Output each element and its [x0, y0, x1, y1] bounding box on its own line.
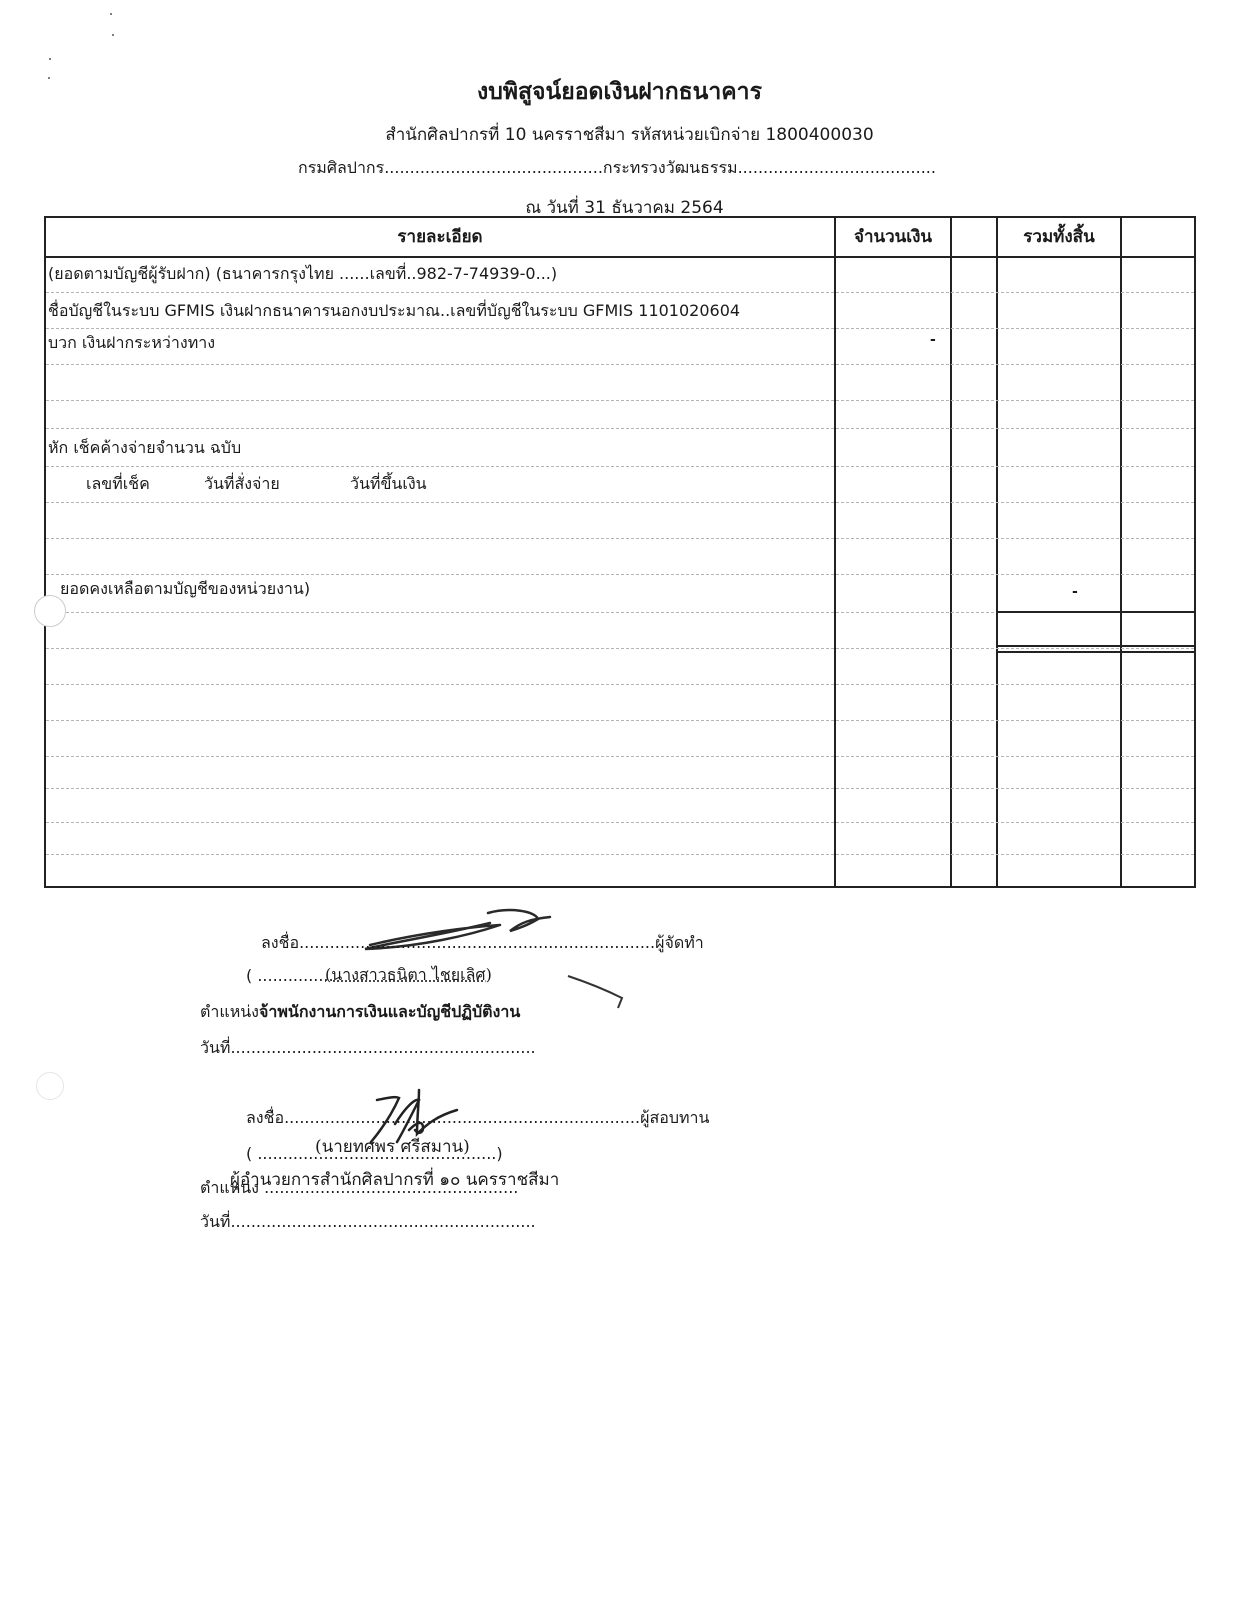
reconciliation-table: รายละเอียด จำนวนเงิน รวมทั้งสิ้น (ยอดตาม…: [44, 216, 1196, 888]
row-line: [46, 292, 1194, 293]
row-line: [46, 788, 1194, 789]
scan-speck: [49, 58, 51, 60]
row-line: [46, 720, 1194, 721]
row-line: [46, 502, 1194, 503]
punch-hole: [36, 1072, 64, 1100]
col-divider: [950, 218, 952, 886]
row-line: [46, 400, 1194, 401]
row-add-deposit-in-transit: บวก เงินฝากระหว่างทาง: [48, 331, 215, 356]
preparer-name: (นางสาวธนิตา ไชยเลิศ): [325, 963, 492, 988]
reviewer-sign-line: ลงชื่อ..................................…: [246, 1106, 709, 1131]
reviewer-position: ผู้อำนวยการสำนักศิลปากรที่ ๑๐ นครราชสีมา: [230, 1166, 559, 1193]
cheque-clear-date-label: วันที่ขึ้นเงิน: [350, 472, 427, 497]
preparer-date-line: วันที่..................................…: [200, 1036, 536, 1061]
header-details: รายละเอียด: [46, 218, 834, 256]
total-double-underline: [996, 645, 1196, 653]
total-box-top: [996, 611, 1196, 613]
scan-speck: [110, 13, 112, 15]
reviewer-name: (นายทศพร ศรีสมาน): [315, 1133, 470, 1160]
scan-speck: [112, 34, 114, 36]
col-divider: [1120, 218, 1122, 886]
row-line: [46, 428, 1194, 429]
cheque-issue-date-label: วันที่สั่งจ่าย: [204, 472, 280, 497]
punch-hole: [34, 595, 66, 627]
row-line: [46, 574, 1194, 575]
header-total: รวมทั้งสิ้น: [998, 218, 1120, 256]
row-line: [46, 328, 1194, 329]
reviewer-date-line: วันที่..................................…: [200, 1210, 536, 1235]
cheque-number-label: เลขที่เช็ค: [86, 472, 150, 497]
row-line: [46, 364, 1194, 365]
header-divider: [46, 256, 1194, 258]
unit-balance-total-value: -: [1072, 584, 1078, 600]
preparer-position: จ้าพนักงานการเงินและบัญชีปฏิบัติงาน: [259, 1002, 520, 1021]
col-divider: [834, 218, 836, 886]
row-bank-balance: (ยอดตามบัญชีผู้รับฝาก) (ธนาคารกรุงไทย ..…: [48, 262, 557, 287]
department-line: กรมศิลปากร..............................…: [298, 156, 936, 181]
row-line: [46, 854, 1194, 855]
row-unit-balance: ยอดคงเหลือตามบัญชีของหน่วยงาน): [60, 577, 310, 602]
header-amount: จำนวนเงิน: [836, 218, 950, 256]
row-line: [46, 756, 1194, 757]
document-title: งบพิสูจน์ยอดเงินฝากธนาคาร: [0, 74, 1239, 110]
pen-stroke-icon: [566, 972, 626, 1012]
col-divider: [996, 218, 998, 886]
preparer-sign-line: ลงชื่อ..................................…: [261, 931, 704, 956]
row-line: [46, 538, 1194, 539]
preparer-name-prefix: ( ...............: [246, 966, 334, 985]
position-prefix: ตำแหน่ง: [200, 1002, 259, 1021]
row-gfmis-account: ชื่อบัญชีในระบบ GFMIS เงินฝากธนาคารนอกงบ…: [48, 299, 740, 324]
row-line: [46, 684, 1194, 685]
row-less-outstanding-cheques: หัก เช็คค้างจ่ายจำนวน ฉบับ: [48, 436, 241, 461]
row-line: [46, 466, 1194, 467]
preparer-position-label: ตำแหน่งจ้าพนักงานการเงินและบัญชีปฏิบัติง…: [200, 1000, 520, 1025]
row-line: [46, 822, 1194, 823]
document-subtitle: สำนักศิลปากรที่ 10 นครราชสีมา รหัสหน่วยเ…: [0, 121, 1239, 148]
add-amount-value: -: [930, 332, 936, 348]
